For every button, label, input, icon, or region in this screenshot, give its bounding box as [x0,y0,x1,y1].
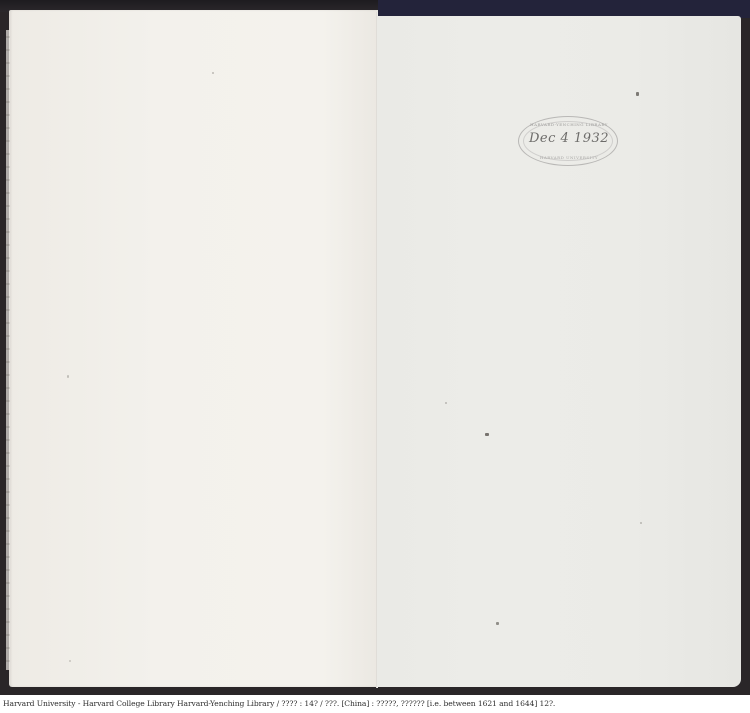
left-page [9,10,378,687]
stamp-date: Dec 4 1932 [519,131,619,146]
paper-speck [640,522,642,524]
library-date-stamp: HARVARD-YENCHING LIBRARY Dec 4 1932 HARV… [518,116,618,166]
paper-speck [496,622,499,625]
image-viewer: HARVARD-YENCHING LIBRARY Dec 4 1932 HARV… [0,0,750,713]
paper-speck [636,92,639,96]
image-caption: Harvard University - Harvard College Lib… [3,697,748,711]
paper-speck [69,660,71,662]
paper-speck [212,72,214,74]
paper-speck [485,433,489,436]
paper-speck [67,375,69,378]
stamp-bottom-text: HARVARD UNIVERSITY [529,155,609,160]
paper-speck [445,402,447,404]
book-scan-image: HARVARD-YENCHING LIBRARY Dec 4 1932 HARV… [0,0,750,695]
stamp-top-text: HARVARD-YENCHING LIBRARY [529,122,609,127]
